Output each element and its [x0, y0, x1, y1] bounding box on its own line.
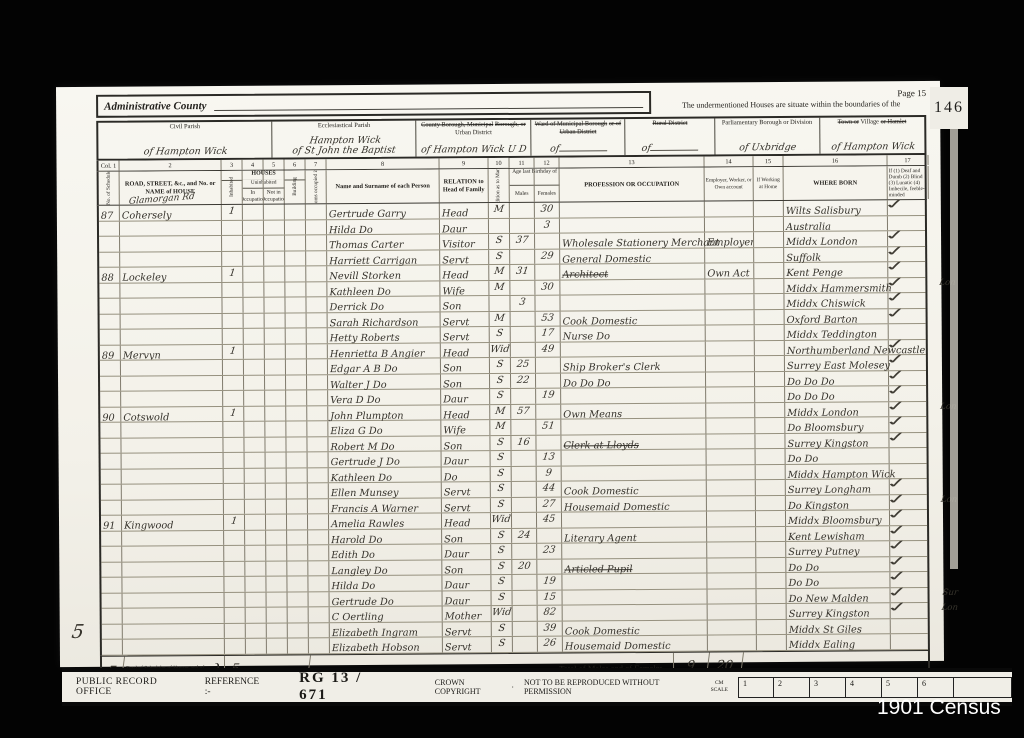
cell-rooms: [306, 282, 327, 297]
cell-text: Nurse Do: [561, 331, 610, 342]
cell-house: [121, 313, 223, 328]
cell-u2: [265, 421, 286, 436]
cell-rooms: [308, 483, 329, 498]
column-header-1: No. of Schedule: [99, 172, 120, 205]
cell-text: 13: [537, 451, 562, 464]
cell-age_m: [512, 497, 537, 512]
cell-rooms: [306, 220, 327, 235]
cell-employer: [706, 325, 755, 340]
cell-text: M: [490, 311, 511, 324]
cell-age_m: 20: [512, 559, 537, 574]
cell-u1: [246, 639, 267, 654]
cell-inhabited: 1: [223, 406, 244, 421]
cell-inhabited: 1: [222, 205, 243, 220]
cell-condition: S: [490, 327, 511, 342]
cell-schedule: [102, 640, 123, 655]
cell-house: [122, 468, 224, 483]
cell-age_f: 17: [536, 327, 561, 342]
cell-text: 24: [512, 528, 537, 541]
cell-name: Thomas Carter: [327, 234, 440, 249]
cell-relation: Servt: [443, 637, 492, 652]
cell-inhabited: [224, 561, 245, 576]
cell-u1: [245, 561, 266, 576]
parish-box-label: Rural District: [626, 118, 715, 128]
cell-schedule: [100, 376, 121, 391]
cell-text: M: [489, 203, 510, 216]
cell-work_home: [757, 620, 787, 635]
column-header-label: Not in Occupation: [264, 190, 285, 203]
cell-rooms: [308, 468, 329, 483]
cell-text: 3: [510, 296, 535, 309]
cell-building: [288, 638, 309, 653]
cell-text: Son: [441, 379, 462, 389]
cell-house: Kingwood: [122, 515, 224, 530]
ruler-cell: 2: [774, 677, 810, 698]
cell-rooms: [308, 499, 329, 514]
column-header-12: Females: [535, 169, 560, 202]
cell-building: [285, 251, 306, 266]
cell-rooms: [306, 251, 327, 266]
cell-age_f: 30: [535, 280, 560, 295]
cm-scale-ruler: 123456: [738, 677, 1012, 698]
cell-rooms: [306, 266, 327, 281]
column-header-label: Females: [537, 191, 557, 197]
cell-age_f: [536, 404, 561, 419]
cell-u2: [267, 638, 288, 653]
cell-name: C Oertling: [330, 606, 443, 621]
cell-age_f: 13: [537, 451, 562, 466]
cell-employer: [705, 248, 754, 263]
parish-box-6: Parliamentary Borough or Division of Uxb…: [715, 118, 820, 155]
cell-u1: [245, 453, 266, 468]
reference-label: REFERENCE :-: [205, 677, 259, 697]
cell-employer: [707, 496, 756, 511]
cell-house: [121, 375, 223, 390]
cell-work_home: [756, 480, 786, 495]
cell-inhabited: [223, 391, 244, 406]
margin-total-mark: 5: [70, 621, 85, 643]
cell-age_f: 9: [537, 466, 562, 481]
cell-text: Housemaid Domestic: [562, 501, 670, 513]
cell-age_f: 49: [536, 342, 561, 357]
cell-text: 17: [536, 327, 561, 340]
cell-occupation: Nurse Do: [561, 326, 706, 342]
cell-employer: [706, 356, 755, 371]
cell-age_m: [510, 218, 535, 233]
cell-age_f: 19: [536, 389, 561, 404]
cell-born: Surrey Kingston: [787, 603, 891, 618]
cell-u1: [244, 344, 265, 359]
cell-text: M: [490, 420, 511, 433]
cell-name: Edith Do: [329, 544, 442, 559]
cell-age_f: 23: [537, 544, 562, 559]
blank-underline: [651, 143, 700, 151]
column-header-label: No. of Schedule: [106, 172, 112, 205]
cell-house: [121, 422, 223, 437]
blank-underline: [559, 143, 608, 151]
cell-infirm: [890, 448, 931, 463]
cell-rooms: [307, 421, 328, 436]
cell-u2: [265, 406, 286, 421]
cell-work_home: [754, 263, 784, 278]
cell-house: [121, 360, 223, 375]
cell-house: [120, 220, 222, 235]
cell-building: [287, 468, 308, 483]
column-number-9: 9: [439, 158, 488, 168]
cell-rooms: [307, 328, 328, 343]
cell-born: Wilts Salisbury: [784, 200, 888, 215]
cell-employer: [707, 480, 756, 495]
cell-text: 89: [100, 350, 115, 360]
cell-occupation: Cook Domestic: [562, 481, 707, 497]
cell-house: [122, 499, 224, 514]
cell-building: [286, 421, 307, 436]
cell-relation: Daur: [441, 389, 490, 404]
cell-house: Cohersely: [120, 205, 222, 220]
label-part: Village: [861, 118, 879, 125]
parish-box-label: County Borough, Municipal Borough, or Ur…: [417, 120, 531, 138]
cell-u2: [264, 282, 285, 297]
cell-inhabited: 1: [223, 344, 244, 359]
column-header-9: RELATION to Head of Family: [440, 169, 489, 202]
cell-name: Kathleen Do: [327, 281, 440, 296]
parish-box-value: of Uxbridge: [718, 143, 818, 154]
cell-text: Articled Pupil: [562, 564, 632, 575]
cell-rooms: [307, 344, 328, 359]
cell-occupation: Own Means: [561, 403, 706, 419]
cell-relation: Daur: [442, 575, 491, 590]
cell-text: S: [491, 575, 512, 588]
cell-age_m: [510, 280, 535, 295]
cell-inhabited: 1: [222, 267, 243, 282]
cell-born: Middx Ealing: [787, 634, 891, 649]
cell-age_m: 31: [510, 265, 535, 280]
cell-infirm: ✓: [889, 308, 930, 323]
cell-inhabited: [222, 282, 243, 297]
cell-infirm: [891, 634, 932, 649]
cell-u2: [266, 468, 287, 483]
cell-condition: S: [489, 234, 510, 249]
cell-relation: Servt: [440, 250, 489, 265]
cell-age_f: 30: [535, 203, 560, 218]
label-part: County Borough, Municipal: [421, 121, 493, 129]
cell-building: [287, 545, 308, 560]
cell-condition: S: [490, 358, 511, 373]
cell-employer: [707, 573, 756, 588]
cell-born: Surrey Kingston: [785, 433, 889, 448]
cell-condition: M: [489, 265, 510, 280]
cell-u1: [243, 236, 264, 251]
cell-work_home: [754, 294, 784, 309]
page-number: Page 15: [897, 88, 926, 98]
cell-text: Servt: [441, 317, 470, 327]
cell-u1: [243, 267, 264, 282]
cell-born: Middx Teddington: [785, 324, 889, 339]
cell-text: Servt: [440, 255, 469, 265]
column-header-10: Condition as to Marriage: [489, 169, 510, 202]
cell-house: [120, 236, 222, 251]
cell-age_m: [511, 311, 536, 326]
cell-work_home: [756, 542, 786, 557]
label-part: Rural District: [652, 120, 687, 127]
label-part: or Hamlet: [881, 118, 907, 125]
cell-text: 3: [535, 218, 560, 231]
cell-text: S: [489, 249, 510, 262]
cell-text: Daur: [442, 549, 469, 559]
cell-infirm: ✓: [888, 200, 929, 215]
cell-building: [287, 514, 308, 529]
cell-building: [286, 437, 307, 452]
cell-occupation: Do Do Do: [561, 372, 706, 388]
parish-box-value: of Hampton Wick: [101, 147, 270, 158]
parish-box-value: of: [534, 143, 624, 155]
cell-age_m: 22: [511, 373, 536, 388]
column-header-label: PROFESSION OR OCCUPATION: [583, 181, 680, 189]
cell-condition: M: [489, 203, 510, 218]
cell-text: 1: [222, 205, 243, 218]
cell-age_f: [535, 265, 560, 280]
cell-building: [286, 344, 307, 359]
ruler-cell-empty: [954, 677, 1012, 698]
cell-text: 25: [511, 358, 536, 371]
cell-born: Do Do Do: [785, 386, 889, 401]
cell-schedule: [101, 454, 122, 469]
cell-text: S: [491, 544, 512, 557]
cell-schedule: [101, 469, 122, 484]
cell-house: [121, 437, 223, 452]
cell-name: John Plumpton: [328, 405, 441, 420]
cell-name: Harold Do: [329, 529, 442, 544]
cell-work_home: [755, 372, 785, 387]
cell-text: 30: [535, 280, 560, 293]
cell-inhabited: [224, 499, 245, 514]
cell-text: 51: [536, 420, 561, 433]
cell-relation: Servt: [441, 327, 490, 342]
cell-schedule: [101, 500, 122, 515]
cell-rooms: [308, 545, 329, 560]
cell-rooms: [306, 297, 327, 312]
cell-text: Do: [442, 472, 458, 482]
cell-born: Kent Penge: [784, 262, 888, 277]
cell-building: [286, 390, 307, 405]
cell-text: 22: [511, 373, 536, 386]
administrative-county-box: Administrative County: [96, 91, 651, 118]
cell-age_f: 44: [537, 482, 562, 497]
cell-work_home: [754, 248, 784, 263]
parish-box-5: Rural District of: [626, 118, 716, 155]
cell-u1: [245, 530, 266, 545]
cell-rooms: [307, 359, 328, 374]
cell-occupation: [562, 450, 707, 466]
cell-employer: [706, 418, 755, 433]
cell-age_m: 37: [510, 234, 535, 249]
cell-text: S: [491, 528, 512, 541]
public-record-office-label: PUBLIC RECORD OFFICE: [76, 677, 179, 697]
cell-u2: [266, 499, 287, 514]
cell-relation: Head: [440, 265, 489, 280]
cell-building: [288, 607, 309, 622]
cell-text: S: [491, 497, 512, 510]
cell-born: Australia: [784, 216, 888, 231]
cell-u1: [246, 592, 267, 607]
cell-schedule: [101, 562, 122, 577]
cell-schedule: [100, 361, 121, 376]
cell-age_f: [537, 559, 562, 574]
cell-text: 30: [535, 203, 560, 216]
cell-schedule: [101, 578, 122, 593]
cell-condition: S: [492, 590, 513, 605]
cell-born: Do Kingston: [786, 495, 890, 510]
cell-age_f: 19: [537, 575, 562, 590]
cell-inhabited: [223, 437, 244, 452]
cell-inhabited: [225, 608, 246, 623]
cell-employer: [707, 511, 756, 526]
cell-age_m: 16: [511, 435, 536, 450]
cell-occupation: [563, 589, 708, 605]
column-header-14: Employer, Worker, or Own account: [705, 167, 754, 200]
column-number-4: 4: [242, 160, 263, 170]
cell-text: 16: [511, 435, 536, 448]
cell-work_home: [756, 449, 786, 464]
cell-schedule: [99, 252, 120, 267]
cell-work_home: [757, 635, 787, 650]
cell-rooms: [308, 576, 329, 591]
cell-text: S: [490, 435, 511, 448]
parish-box-label: Town or Village or Hamlet: [820, 117, 925, 127]
column-header-8: Name and Surname of each Person: [327, 169, 440, 203]
cell-text: Head: [440, 208, 469, 218]
cell-text: Architect: [560, 269, 608, 280]
cell-text: 31: [510, 265, 535, 278]
cell-relation: Wife: [441, 420, 490, 435]
cell-building: [288, 592, 309, 607]
cell-building: [287, 576, 308, 591]
cell-u2: [264, 251, 285, 266]
cell-condition: S: [491, 451, 512, 466]
cell-rooms: [307, 375, 328, 390]
cell-employer: [707, 558, 756, 573]
cell-text: 53: [536, 311, 561, 324]
cell-schedule: 88: [99, 268, 120, 283]
cell-occupation: Articled Pupil: [562, 558, 707, 574]
cell-house: [122, 561, 224, 576]
cell-occupation: [562, 465, 707, 481]
cell-condition: [489, 296, 510, 311]
column-header-7: Number of Rooms occupied if less than Fi…: [306, 170, 327, 203]
permission-label: NOT TO BE REPRODUCED WITHOUT PERMISSION: [524, 678, 683, 696]
cell-house: Lockeley: [120, 267, 222, 282]
cell-born: Middx Hampton Wick: [786, 464, 890, 479]
cell-employer: [708, 620, 757, 635]
cell-rooms: [308, 530, 329, 545]
cell-text: 9: [537, 466, 562, 479]
cell-text: 15: [538, 590, 563, 603]
cell-text: Daur: [441, 394, 468, 404]
cell-building: [288, 623, 309, 638]
cell-u1: [245, 468, 266, 483]
cell-name: Hilda Do: [329, 575, 442, 590]
screenshot-stage: Administrative County The undermentioned…: [0, 0, 1024, 738]
cell-relation: Son: [442, 560, 491, 575]
cell-age_f: [536, 358, 561, 373]
cell-name: Eliza G Do: [328, 420, 441, 435]
column-number-8: 8: [326, 158, 439, 169]
cell-text: Servt: [443, 642, 472, 652]
cell-employer: [705, 294, 754, 309]
cell-u2: [266, 452, 287, 467]
records-rows: 87Cohersely1Gertrude GarryHeadM30Wilts S…: [97, 200, 930, 655]
parish-box-value: Hampton Wick of St John the Baptist: [274, 136, 415, 157]
cell-work_home: [755, 434, 785, 449]
cell-text: S: [490, 327, 511, 340]
cell-name: Gertrude Garry: [327, 203, 440, 218]
undermentioned-text: The undermentioned Houses are situate wi…: [656, 99, 926, 110]
cell-schedule: [100, 423, 121, 438]
margin-note: Lon: [941, 603, 959, 613]
cell-building: [285, 204, 306, 219]
column-number-15: 15: [753, 156, 783, 166]
cell-employer: [706, 341, 755, 356]
cell-age_f: 53: [536, 311, 561, 326]
ruler-cell: 3: [810, 677, 846, 698]
cell-inhabited: [223, 329, 244, 344]
column-header-5: Not in Occupation: [264, 170, 285, 203]
pro-reference-bar: PUBLIC RECORD OFFICE REFERENCE :- RG 13 …: [62, 668, 1012, 706]
cell-employer: [706, 372, 755, 387]
cell-text: Head: [441, 410, 470, 420]
cell-relation: Son: [441, 358, 490, 373]
column-header-label: If (1) Deaf and Dumb (2) Blind (3) Lunat…: [888, 166, 928, 199]
cell-text: Daur: [443, 596, 470, 606]
cell-occupation: [560, 202, 705, 218]
cell-condition: S: [491, 466, 512, 481]
cell-text: 90: [100, 412, 115, 422]
cell-house: [122, 453, 224, 468]
cm-scale-label: CM SCALE: [711, 680, 728, 693]
label-part: or Division: [783, 119, 812, 126]
cell-age_f: [536, 435, 561, 450]
cell-inhabited: [222, 220, 243, 235]
cell-employer: [706, 403, 755, 418]
cell-inhabited: [224, 453, 245, 468]
cell-occupation: [563, 605, 708, 621]
cell-occupation: Housemaid Domestic: [563, 636, 708, 652]
cell-born: Surrey East Molesey: [785, 355, 889, 370]
cell-house: [122, 530, 224, 545]
cell-name: Nevill Storken: [327, 265, 440, 280]
label-part: Parliamentary Borough: [722, 119, 782, 126]
cell-occupation: Architect: [560, 264, 705, 280]
cell-rooms: [308, 452, 329, 467]
cell-text: Head: [440, 270, 469, 280]
cell-occupation: Clerk at Lloyds: [561, 434, 706, 450]
cell-text: Daur: [442, 580, 469, 590]
cell-text: 26: [538, 637, 563, 650]
cell-u2: [265, 437, 286, 452]
cell-house: [120, 282, 222, 297]
cell-text: 87: [99, 211, 114, 221]
cell-text: Mervyn: [121, 350, 161, 360]
cell-text: Housemaid Domestic: [563, 641, 671, 653]
cell-work_home: [754, 232, 784, 247]
parish-box-label: Ecclesiastical Parish: [272, 121, 415, 131]
cell-condition: S: [491, 559, 512, 574]
cell-text: Clerk at Lloyds: [561, 440, 639, 452]
cell-text: Cotswold: [121, 412, 169, 422]
cell-schedule: [101, 531, 122, 546]
cell-inhabited: 1: [224, 515, 245, 530]
ruler-cell: 6: [918, 677, 954, 698]
